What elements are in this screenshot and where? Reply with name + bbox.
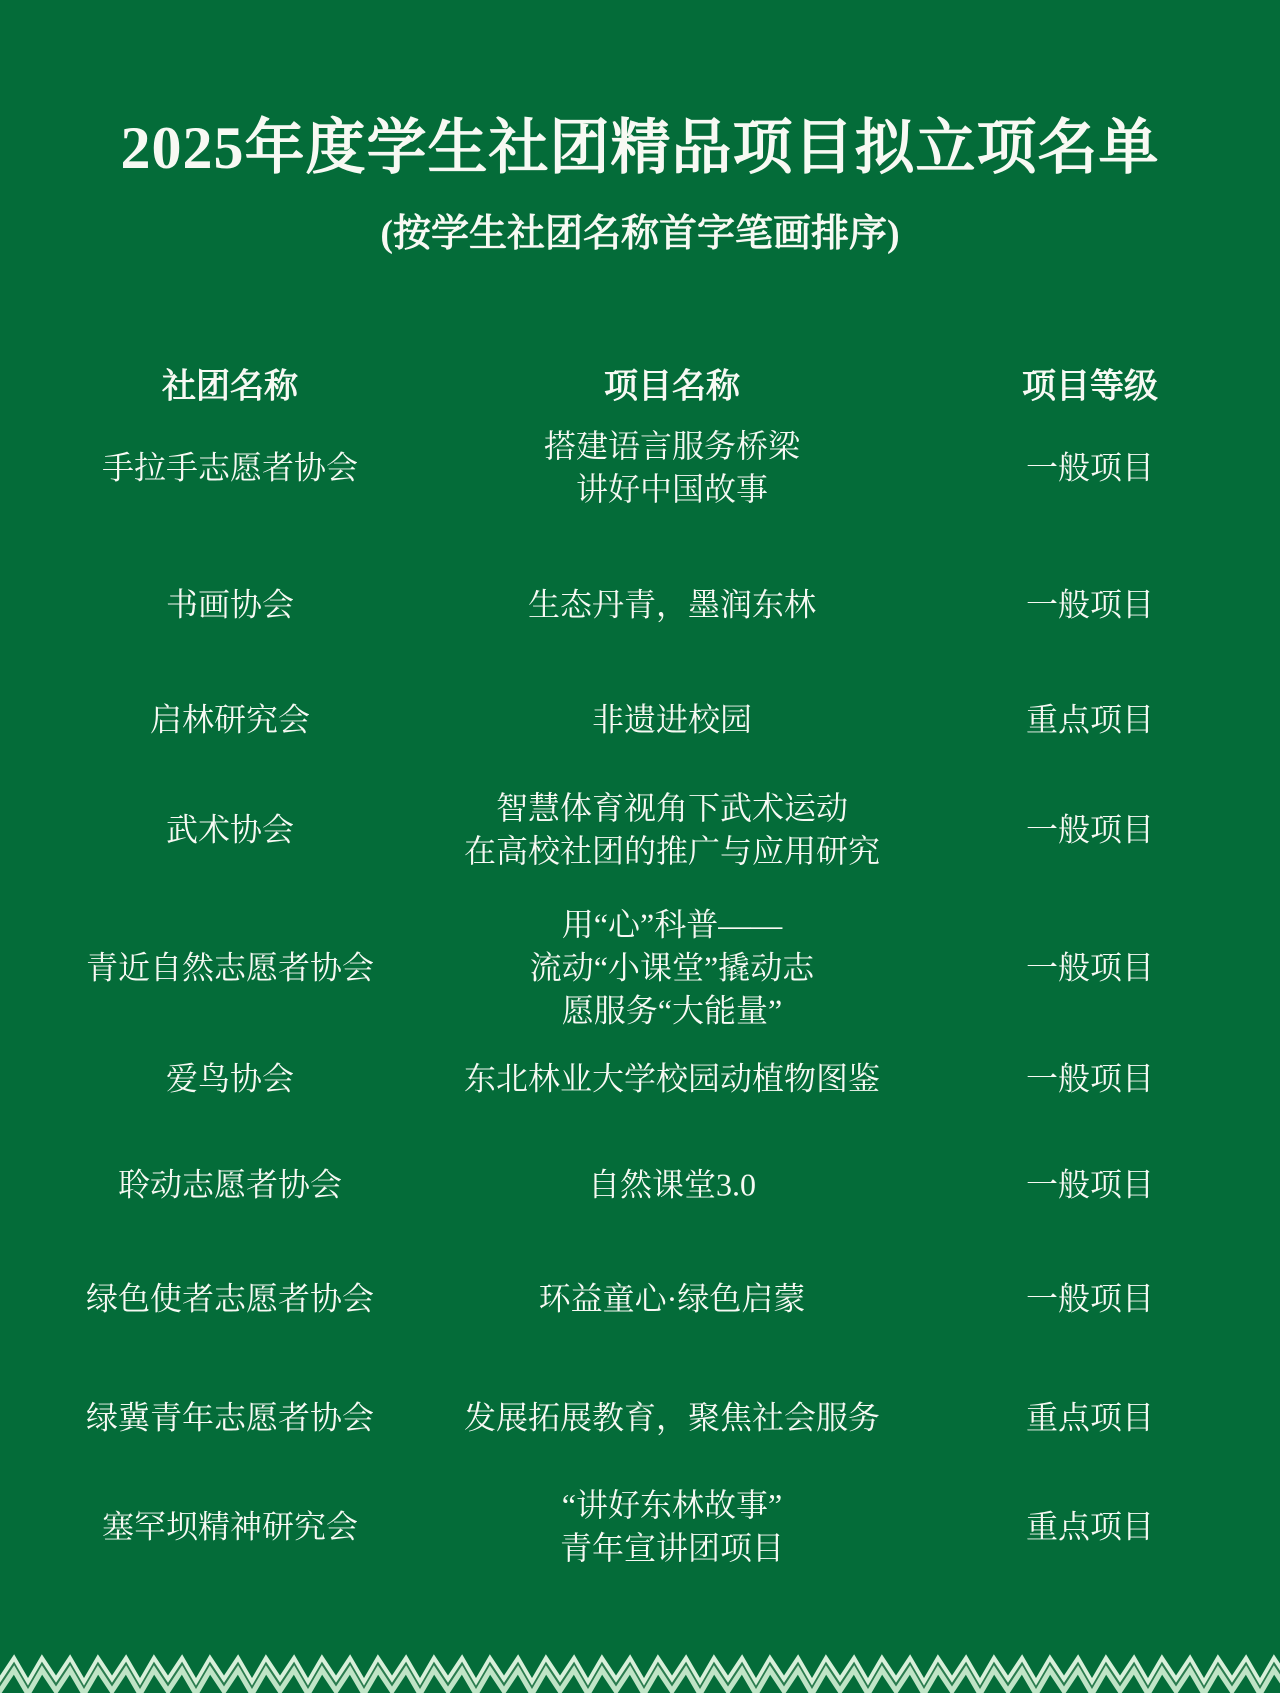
project-level: 重点项目 [940, 1397, 1240, 1440]
header-project-level: 项目等级 [940, 366, 1240, 409]
club-name: 聆动志愿者协会 [30, 1164, 430, 1207]
zigzag-border-icon [0, 1653, 1280, 1693]
project-level: 一般项目 [940, 447, 1240, 490]
project-name: 用“心”科普—— 流动“小课堂”撬动志 愿服务“大能量” [422, 904, 922, 1033]
project-level: 重点项目 [940, 1506, 1240, 1549]
table-row: 塞罕坝精神研究会 “讲好东林故事” 青年宣讲团项目 重点项目 [0, 1479, 1280, 1575]
table-header-row: 社团名称 项目名称 项目等级 [0, 360, 1280, 414]
club-name: 青近自然志愿者协会 [30, 947, 430, 990]
page-title: 2025年度学生社团精品项目拟立项名单 [0, 100, 1280, 196]
project-name: “讲好东林故事” 青年宣讲团项目 [422, 1484, 922, 1570]
table-row: 青近自然志愿者协会 用“心”科普—— 流动“小课堂”撬动志 愿服务“大能量” 一… [0, 900, 1280, 1036]
project-level: 一般项目 [940, 809, 1240, 852]
project-level: 一般项目 [940, 1058, 1240, 1101]
page-subtitle: (按学生社团名称首字笔画排序) [0, 205, 1280, 263]
table-row: 爱鸟协会 东北林业大学校园动植物图鉴 一般项目 [0, 1049, 1280, 1109]
project-level: 一般项目 [940, 1278, 1240, 1321]
project-name: 东北林业大学校园动植物图鉴 [422, 1058, 922, 1101]
table-row: 启林研究会 非遗进校园 重点项目 [0, 690, 1280, 750]
club-name: 绿冀青年志愿者协会 [30, 1397, 430, 1440]
club-name: 塞罕坝精神研究会 [30, 1506, 430, 1549]
club-name: 爱鸟协会 [30, 1058, 430, 1101]
table-row: 手拉手志愿者协会 搭建语言服务桥梁 讲好中国故事 一般项目 [0, 420, 1280, 516]
table-row: 绿色使者志愿者协会 环益童心·绿色启蒙 一般项目 [0, 1269, 1280, 1329]
project-level: 重点项目 [940, 699, 1240, 742]
club-name: 书画协会 [30, 584, 430, 627]
poster-background: 2025年度学生社团精品项目拟立项名单 (按学生社团名称首字笔画排序) 社团名称… [0, 0, 1280, 1693]
header-club-name: 社团名称 [30, 366, 430, 409]
project-level: 一般项目 [940, 947, 1240, 990]
table-row: 聆动志愿者协会 自然课堂3.0 一般项目 [0, 1155, 1280, 1215]
table-row: 绿冀青年志愿者协会 发展拓展教育，聚焦社会服务 重点项目 [0, 1388, 1280, 1448]
project-name: 生态丹青，墨润东林 [422, 584, 922, 627]
project-name: 发展拓展教育，聚焦社会服务 [422, 1397, 922, 1440]
club-name: 武术协会 [30, 809, 430, 852]
club-name: 绿色使者志愿者协会 [30, 1278, 430, 1321]
table-row: 书画协会 生态丹青，墨润东林 一般项目 [0, 575, 1280, 635]
project-name: 智慧体育视角下武术运动 在高校社团的推广与应用研究 [422, 787, 922, 873]
header-project-name: 项目名称 [422, 366, 922, 409]
club-name: 启林研究会 [30, 699, 430, 742]
table-row: 武术协会 智慧体育视角下武术运动 在高校社团的推广与应用研究 一般项目 [0, 782, 1280, 878]
project-name: 自然课堂3.0 [422, 1164, 922, 1207]
project-name: 非遗进校园 [422, 699, 922, 742]
club-name: 手拉手志愿者协会 [30, 447, 430, 490]
project-level: 一般项目 [940, 1164, 1240, 1207]
project-name: 环益童心·绿色启蒙 [422, 1278, 922, 1321]
project-level: 一般项目 [940, 584, 1240, 627]
project-name: 搭建语言服务桥梁 讲好中国故事 [422, 425, 922, 511]
